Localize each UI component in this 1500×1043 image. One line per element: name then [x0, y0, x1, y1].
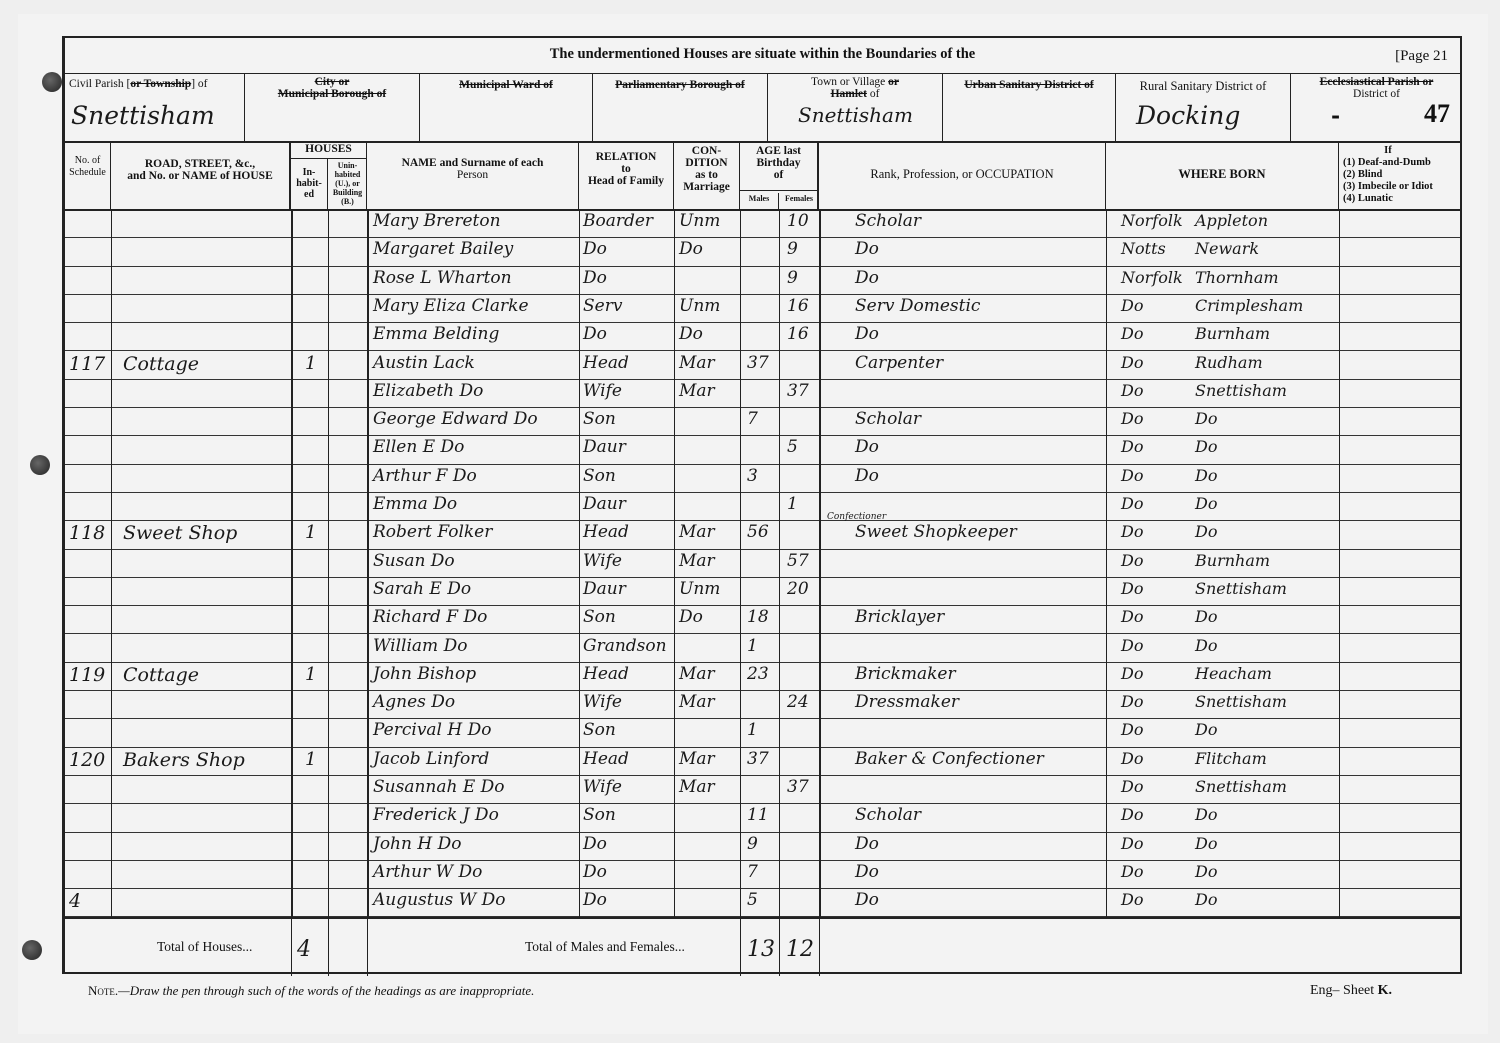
- born-place-cell: Flitcham: [1195, 747, 1267, 775]
- person-name-cell: Agnes Do: [373, 690, 455, 718]
- col-houses-header: HOUSES In-habit-ed Unin-habited(U.), orB…: [291, 141, 367, 209]
- occupation-cell: Scholar: [855, 407, 921, 435]
- born-county-cell: Notts: [1121, 237, 1166, 265]
- relation-cell: Do: [583, 888, 607, 916]
- relation-cell: Head: [583, 520, 629, 548]
- table-row: William DoGrandson1DoDo: [65, 634, 1460, 663]
- district-number: 47: [1424, 99, 1450, 129]
- relation-cell: Daur: [583, 577, 626, 605]
- divider: [740, 919, 741, 976]
- born-place-cell: Do: [1195, 832, 1217, 860]
- born-place-cell: Do: [1195, 634, 1217, 662]
- column-divider: [367, 209, 369, 917]
- relation-cell: Head: [583, 662, 629, 690]
- rural-sanitary-cell: Rural Sanitary District of Docking: [1116, 73, 1291, 141]
- relation-cell: Head: [583, 747, 629, 775]
- totals-row: Total of Houses... 4 Total of Males and …: [65, 917, 1460, 976]
- male-age-cell: 18: [747, 605, 769, 633]
- table-row: Mary BreretonBoarderUnm10ScholarNorfolkA…: [65, 209, 1460, 238]
- table-row: Agnes DoWifeMar24DressmakerDoSnettisham: [65, 690, 1460, 719]
- sheet-text: Eng– Sheet: [1310, 983, 1374, 998]
- female-age-cell: 1: [787, 492, 798, 520]
- occupation-cell: Do: [855, 322, 879, 350]
- house-name-cell: Cottage: [123, 662, 199, 690]
- header-text: to: [579, 163, 673, 175]
- female-age-cell: 16: [787, 294, 809, 322]
- sheet-label: Eng– Sheet K.: [1310, 983, 1392, 999]
- table-row: Susan DoWifeMar57DoBurnham: [65, 549, 1460, 578]
- born-county-cell: Do: [1121, 634, 1143, 662]
- occupation-cell: Carpenter: [855, 351, 943, 379]
- table-row: 119Cottage1John BishopHeadMar23Brickmake…: [65, 662, 1460, 691]
- divider: [291, 919, 292, 976]
- born-county-cell: Norfolk: [1121, 209, 1183, 237]
- occupation-cell: Brickmaker: [855, 662, 956, 690]
- table-row: Sarah E DoDaurUnm20DoSnettisham: [65, 577, 1460, 606]
- col-inhabited-header: In-habit-ed: [291, 159, 328, 209]
- house-name-cell: Bakers Shop: [123, 747, 245, 775]
- header-text: Schedule: [65, 167, 110, 179]
- person-name-cell: Susannah E Do: [373, 775, 505, 803]
- civil-parish-value: Snettisham: [71, 101, 215, 130]
- divider: [367, 919, 368, 976]
- header-text: Person: [367, 169, 578, 181]
- struck-label: Ecclesiastical Parish or: [1291, 76, 1462, 88]
- struck-label: or Township: [130, 78, 191, 90]
- header-text: Unin-: [328, 161, 367, 170]
- page-number: [Page 21: [1395, 48, 1448, 65]
- rural-sanitary-value: Docking: [1136, 101, 1240, 130]
- female-age-cell: 20: [787, 577, 809, 605]
- born-place-cell: Snettisham: [1195, 379, 1287, 407]
- header-text: and No. or NAME of HOUSE: [111, 170, 289, 182]
- divider: [779, 919, 780, 976]
- condition-cell: Mar: [679, 662, 715, 690]
- person-name-cell: Robert Folker: [373, 520, 492, 548]
- footer-note: Note.—Draw the pen through such of the w…: [88, 983, 534, 999]
- town-label-tail: of: [870, 88, 880, 100]
- person-name-cell: Arthur W Do: [373, 860, 482, 888]
- relation-cell: Wife: [583, 549, 622, 577]
- table-row: 118Sweet Shop1Robert FolkerHeadMar56Swee…: [65, 520, 1460, 549]
- condition-cell: Mar: [679, 379, 715, 407]
- born-county-cell: Do: [1121, 407, 1143, 435]
- occupation-cell: Bricklayer: [855, 605, 944, 633]
- born-place-cell: Thornham: [1195, 266, 1279, 294]
- male-age-cell: 1: [747, 634, 758, 662]
- born-place-cell: Do: [1195, 492, 1217, 520]
- total-houses-value: 4: [297, 937, 311, 962]
- relation-cell: Son: [583, 464, 616, 492]
- binder-hole-icon: [42, 72, 62, 92]
- born-place-cell: Do: [1195, 435, 1217, 463]
- born-county-cell: Do: [1121, 577, 1143, 605]
- header-text: (B.): [328, 197, 367, 206]
- born-county-cell: Do: [1121, 860, 1143, 888]
- relation-cell: Do: [583, 322, 607, 350]
- born-county-cell: Do: [1121, 464, 1143, 492]
- male-age-cell: 37: [747, 747, 769, 775]
- female-age-cell: 9: [787, 237, 798, 265]
- condition-cell: Unm: [679, 294, 720, 322]
- condition-cell: Mar: [679, 690, 715, 718]
- column-divider: [579, 209, 580, 917]
- born-place-cell: Do: [1195, 520, 1217, 548]
- female-age-cell: 9: [787, 266, 798, 294]
- location-row: Civil Parish [or Township] of Snettisham…: [65, 73, 1460, 143]
- table-row: Margaret BaileyDoDo9DoNottsNewark: [65, 237, 1460, 266]
- header-text: Birthday: [740, 157, 817, 169]
- born-place-cell: Do: [1195, 464, 1217, 492]
- person-name-cell: Rose L Wharton: [373, 266, 512, 294]
- col-uninhabited-header: Unin-habited(U.), orBuilding(B.): [328, 159, 367, 209]
- schedule-cell: 120: [69, 747, 105, 775]
- born-place-cell: Do: [1195, 803, 1217, 831]
- person-name-cell: Mary Eliza Clarke: [373, 294, 529, 322]
- table-row: Susannah E DoWifeMar37DoSnettisham: [65, 775, 1460, 804]
- female-age-cell: 37: [787, 379, 809, 407]
- born-county-cell: Do: [1121, 662, 1143, 690]
- header-text: Head of Family: [579, 175, 673, 187]
- person-name-cell: Austin Lack: [373, 351, 475, 379]
- born-county-cell: Do: [1121, 492, 1143, 520]
- born-county-cell: Do: [1121, 549, 1143, 577]
- occupation-cell: Do: [855, 464, 879, 492]
- person-name-cell: George Edward Do: [373, 407, 538, 435]
- header-text: In-: [291, 167, 327, 178]
- table-row: 120Bakers Shop1Jacob LinfordHeadMar37Bak…: [65, 747, 1460, 776]
- town-village-cell: Town or Village orHamlet of Snettisham: [768, 73, 943, 141]
- person-name-cell: Richard F Do: [373, 605, 487, 633]
- note-prefix: Note.: [88, 983, 118, 998]
- condition-cell: Mar: [679, 775, 715, 803]
- person-name-cell: Ellen E Do: [373, 435, 464, 463]
- total-persons-label: Total of Males and Females...: [525, 939, 685, 955]
- struck-label: Municipal Borough of: [245, 88, 419, 100]
- column-header-row: No. ofSchedule ROAD, STREET, &c.,and No.…: [65, 141, 1460, 211]
- schedule-cell: 119: [69, 662, 105, 690]
- born-county-cell: Do: [1121, 747, 1143, 775]
- binder-hole-icon: [30, 455, 50, 475]
- occupation-cell: Do: [855, 860, 879, 888]
- column-divider: [328, 209, 329, 917]
- relation-cell: Wife: [583, 775, 622, 803]
- born-place-cell: Snettisham: [1195, 690, 1287, 718]
- relation-cell: Wife: [583, 379, 622, 407]
- occupation-cell: Dressmaker: [855, 690, 959, 718]
- inhabited-cell: 1: [305, 747, 316, 775]
- col-occupation-header: Rank, Profession, or OCCUPATION: [819, 141, 1106, 209]
- district-dash: -: [1331, 103, 1340, 129]
- table-row: Elizabeth DoWifeMar37DoSnettisham: [65, 379, 1460, 408]
- total-males-value: 13: [747, 937, 775, 962]
- sheet-letter: K.: [1378, 983, 1392, 998]
- born-place-cell: Crimplesham: [1195, 294, 1303, 322]
- struck-label: Hamlet: [831, 88, 867, 100]
- header-text: ROAD, STREET, &c.,: [111, 158, 289, 170]
- male-age-cell: 23: [747, 662, 769, 690]
- table-row: Richard F DoSonDo18BricklayerDoDo: [65, 605, 1460, 634]
- binder-hole-icon: [22, 940, 42, 960]
- note-text: —Draw the pen through such of the words …: [118, 983, 534, 998]
- header-text: (4) Lunatic: [1343, 193, 1433, 205]
- col-schedule-header: No. ofSchedule: [65, 141, 111, 209]
- born-place-cell: Newark: [1195, 237, 1259, 265]
- column-divider: [819, 209, 821, 917]
- divider: [328, 919, 329, 976]
- female-age-cell: 37: [787, 775, 809, 803]
- header-text: Marriage: [674, 181, 739, 193]
- column-divider: [1339, 209, 1340, 917]
- relation-cell: Serv: [583, 294, 622, 322]
- total-houses-label: Total of Houses...: [157, 939, 252, 955]
- col-where-born-header: WHERE BORN: [1106, 141, 1339, 209]
- struck-label: Urban Sanitary District of: [964, 79, 1093, 91]
- occupation-cell: Do: [855, 832, 879, 860]
- born-county-cell: Do: [1121, 605, 1143, 633]
- male-age-cell: 1: [747, 718, 758, 746]
- born-county-cell: Do: [1121, 888, 1143, 916]
- header-text: of: [740, 169, 817, 181]
- inhabited-cell: 1: [305, 351, 316, 379]
- header-text: (3) Imbecile or Idiot: [1343, 181, 1433, 193]
- schedule-cell: 117: [69, 351, 105, 379]
- table-row: Emma DoDaur1DoDo: [65, 492, 1460, 521]
- form-title: The undermentioned Houses are situate wi…: [65, 46, 1460, 63]
- relation-cell: Daur: [583, 435, 626, 463]
- male-age-cell: 56: [747, 520, 769, 548]
- relation-cell: Son: [583, 605, 616, 633]
- relation-cell: Son: [583, 407, 616, 435]
- born-county-cell: Norfolk: [1121, 266, 1183, 294]
- table-row: George Edward DoSon7ScholarDoDo: [65, 407, 1460, 436]
- born-county-cell: Do: [1121, 322, 1143, 350]
- condition-cell: Mar: [679, 351, 715, 379]
- born-place-cell: Burnham: [1195, 322, 1270, 350]
- born-place-cell: Rudham: [1195, 351, 1263, 379]
- born-county-cell: Do: [1121, 520, 1143, 548]
- urban-sanitary-cell: Urban Sanitary District of: [943, 73, 1116, 141]
- person-name-cell: Mary Brereton: [373, 209, 501, 237]
- male-age-cell: 11: [747, 803, 769, 831]
- header-text: (1) Deaf-and-Dumb: [1343, 157, 1433, 169]
- male-age-cell: 37: [747, 351, 769, 379]
- person-name-cell: William Do: [373, 634, 467, 662]
- town-village-value: Snettisham: [798, 103, 913, 127]
- condition-cell: Unm: [679, 209, 720, 237]
- municipal-borough-cell: City orMunicipal Borough of: [245, 73, 420, 141]
- relation-cell: Do: [583, 237, 607, 265]
- person-name-cell: Percival H Do: [373, 718, 492, 746]
- divider: [819, 919, 820, 976]
- ecclesiastical-parish-cell: Ecclesiastical Parish orDistrict of - 47: [1291, 73, 1462, 141]
- col-age-header: AGE lastBirthdayof Males Females: [740, 141, 819, 209]
- relation-cell: Son: [583, 718, 616, 746]
- schedule-cell: 118: [69, 520, 105, 548]
- condition-cell: Mar: [679, 520, 715, 548]
- relation-cell: Daur: [583, 492, 626, 520]
- struck-label: Municipal Ward of: [459, 79, 553, 91]
- occupation-cell: Serv Domestic: [855, 294, 980, 322]
- born-county-cell: Do: [1121, 803, 1143, 831]
- header-text: CON-: [674, 145, 739, 157]
- born-place-cell: Snettisham: [1195, 775, 1287, 803]
- born-place-cell: Appleton: [1195, 209, 1268, 237]
- col-condition-header: CON-DITIONas toMarriage: [674, 141, 740, 209]
- occupation-cell: Scholar: [855, 803, 921, 831]
- column-divider: [779, 209, 780, 917]
- relation-cell: Grandson: [583, 634, 667, 662]
- occupation-annotation: Confectioner: [827, 510, 886, 538]
- column-divider: [111, 209, 112, 917]
- relation-cell: Do: [583, 860, 607, 888]
- female-age-cell: 57: [787, 549, 809, 577]
- table-row: Emma BeldingDoDo16DoDoBurnham: [65, 322, 1460, 351]
- born-place-cell: Do: [1195, 718, 1217, 746]
- title-row: The undermentioned Houses are situate wi…: [65, 38, 1460, 74]
- header-text: If: [1343, 145, 1433, 157]
- born-county-cell: Do: [1121, 690, 1143, 718]
- header-text: No. of: [65, 155, 110, 167]
- born-county-cell: Do: [1121, 294, 1143, 322]
- table-row: Rose L WhartonDo9DoNorfolkThornham: [65, 266, 1460, 295]
- born-county-cell: Do: [1121, 832, 1143, 860]
- municipal-ward-cell: Municipal Ward of: [420, 73, 593, 141]
- female-age-cell: 16: [787, 322, 809, 350]
- relation-cell: Wife: [583, 690, 622, 718]
- male-age-cell: 3: [747, 464, 758, 492]
- col-males-header: Males: [740, 193, 779, 209]
- person-name-cell: Jacob Linford: [373, 747, 489, 775]
- rural-sanitary-label: Rural Sanitary District of: [1140, 79, 1267, 93]
- male-age-cell: 7: [747, 860, 758, 888]
- struck-label: Parliamentary Borough of: [615, 79, 744, 91]
- header-text: RELATION: [579, 151, 673, 163]
- table-row: Frederick J DoSon11ScholarDoDo: [65, 803, 1460, 832]
- person-name-cell: Margaret Bailey: [373, 237, 513, 265]
- col-females-header: Females: [779, 193, 819, 209]
- male-age-cell: 5: [747, 888, 758, 916]
- born-county-cell: Do: [1121, 351, 1143, 379]
- occupation-cell: Do: [855, 888, 879, 916]
- born-county-cell: Do: [1121, 775, 1143, 803]
- condition-cell: Mar: [679, 549, 715, 577]
- table-row: Arthur W DoDo7DoDoDo: [65, 860, 1460, 889]
- born-place-cell: Do: [1195, 888, 1217, 916]
- female-age-cell: 5: [787, 435, 798, 463]
- table-row: Mary Eliza ClarkeServUnm16Serv DomesticD…: [65, 294, 1460, 323]
- occupation-cell: Baker & Confectioner: [855, 747, 1044, 775]
- born-place-cell: Snettisham: [1195, 577, 1287, 605]
- relation-cell: Do: [583, 266, 607, 294]
- person-name-cell: Emma Do: [373, 492, 457, 520]
- relation-cell: Do: [583, 832, 607, 860]
- header-text: as to: [674, 169, 739, 181]
- born-place-cell: Do: [1195, 860, 1217, 888]
- struck-label: or: [888, 76, 899, 88]
- header-text: HOUSES: [291, 141, 366, 159]
- header-text: habit-: [291, 178, 327, 189]
- table-row: Percival H DoSon1DoDo: [65, 718, 1460, 747]
- col-name-header: NAME and Surname of eachPerson: [367, 141, 579, 209]
- occupation-cell: Do: [855, 435, 879, 463]
- inhabited-cell: 1: [305, 520, 316, 548]
- struck-label: City or: [245, 76, 419, 88]
- occupation-cell: Do: [855, 266, 879, 294]
- column-divider: [291, 209, 293, 917]
- female-age-cell: 24: [787, 690, 809, 718]
- born-county-cell: Do: [1121, 435, 1143, 463]
- condition-cell: Unm: [679, 577, 720, 605]
- inhabited-cell: 1: [305, 662, 316, 690]
- header-text: (2) Blind: [1343, 169, 1433, 181]
- header-text: DITION: [674, 157, 739, 169]
- born-place-cell: Do: [1195, 407, 1217, 435]
- female-age-cell: 10: [787, 209, 809, 237]
- occupation-cell: Do: [855, 237, 879, 265]
- person-name-cell: Sarah E Do: [373, 577, 471, 605]
- born-place-cell: Do: [1195, 605, 1217, 633]
- census-form: The undermentioned Houses are situate wi…: [62, 36, 1462, 974]
- person-name-cell: Susan Do: [373, 549, 455, 577]
- condition-cell: Mar: [679, 747, 715, 775]
- condition-cell: Do: [679, 237, 703, 265]
- born-county-cell: Do: [1121, 379, 1143, 407]
- town-label: Town or Village: [811, 76, 885, 88]
- relation-cell: Son: [583, 803, 616, 831]
- person-name-cell: John Bishop: [373, 662, 476, 690]
- header-text: ed: [291, 189, 327, 200]
- civil-parish-cell: Civil Parish [or Township] of Snettisham: [65, 73, 245, 141]
- person-name-cell: Elizabeth Do: [373, 379, 483, 407]
- house-name-cell: Cottage: [123, 351, 199, 379]
- born-place-cell: Burnham: [1195, 549, 1270, 577]
- header-text: NAME and Surname of each: [367, 157, 578, 169]
- total-females-value: 12: [786, 937, 814, 962]
- person-name-cell: John H Do: [373, 832, 461, 860]
- civil-parish-label: Civil Parish [: [69, 78, 130, 90]
- condition-cell: Do: [679, 322, 703, 350]
- table-row: Ellen E DoDaur5DoDoDo: [65, 435, 1460, 464]
- person-name-cell: Emma Belding: [373, 322, 499, 350]
- parliamentary-borough-cell: Parliamentary Borough of: [593, 73, 768, 141]
- relation-cell: Head: [583, 351, 629, 379]
- column-divider: [1106, 209, 1107, 917]
- person-name-cell: Arthur F Do: [373, 464, 477, 492]
- column-divider: [674, 209, 675, 917]
- occupation-cell: Scholar: [855, 209, 921, 237]
- male-age-cell: 7: [747, 407, 758, 435]
- header-text: Building: [328, 188, 367, 197]
- col-infirmity-header: If (1) Deaf-and-Dumb (2) Blind (3) Imbec…: [1339, 141, 1462, 209]
- civil-parish-label-tail: ] of: [191, 78, 207, 90]
- male-age-cell: 9: [747, 832, 758, 860]
- header-text: AGE last: [740, 145, 817, 157]
- schedule-cell: 4: [69, 888, 81, 916]
- header-text: (U.), or: [328, 179, 367, 188]
- col-road-header: ROAD, STREET, &c.,and No. or NAME of HOU…: [111, 141, 291, 209]
- header-text: habited: [328, 170, 367, 179]
- born-county-cell: Do: [1121, 718, 1143, 746]
- table-row: Arthur F DoSon3DoDoDo: [65, 464, 1460, 493]
- condition-cell: Do: [679, 605, 703, 633]
- born-place-cell: Heacham: [1195, 662, 1272, 690]
- person-name-cell: Augustus W Do: [373, 888, 505, 916]
- table-row: 4Augustus W DoDo5DoDoDo: [65, 888, 1460, 917]
- table-row: John H DoDo9DoDoDo: [65, 832, 1460, 861]
- column-divider: [740, 209, 741, 917]
- person-name-cell: Frederick J Do: [373, 803, 499, 831]
